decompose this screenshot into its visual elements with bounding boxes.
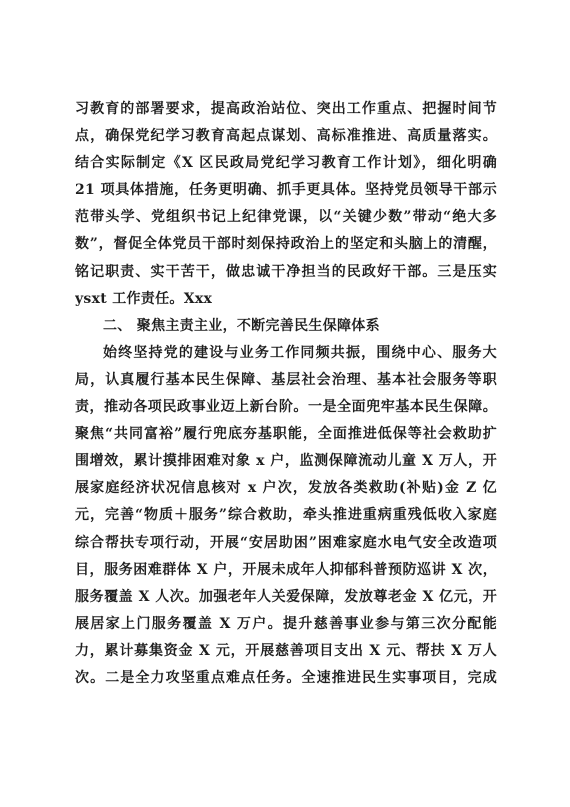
text-line: 责，推动各项民政事业迈上新台阶。一是全面兜牢基本民生保障。 bbox=[75, 394, 497, 421]
text-line: 点，确保党纪学习教育高起点谋划、高标准推进、高质量落实。 bbox=[75, 123, 497, 150]
text-line: 围增效，累计摸排困难对象 x 户，监测保障流动儿童 X 万人，开 bbox=[75, 448, 497, 475]
text-line: 展居家上门服务覆盖 X 万户。提升慈善事业参与第三次分配能 bbox=[75, 611, 497, 638]
text-line: ysxt 工作责任。Xxx bbox=[75, 286, 497, 313]
document-page: 习教育的部署要求，提高政治站位、突出工作重点、把握时间节 点，确保党纪学习教育高… bbox=[0, 0, 570, 807]
text-line: 综合帮扶专项行动，开展“安居助困”困难家庭水电气安全改造项 bbox=[75, 530, 497, 557]
text-line: 21 项具体措施，任务更明确、抓手更具体。坚持党员领导干部示 bbox=[75, 177, 497, 204]
text-line: 始终坚持党的建设与业务工作同频共振，围绕中心、服务大 bbox=[75, 340, 497, 367]
text-line: 结合实际制定《X 区民政局党纪学习教育工作计划》，细化明确 bbox=[75, 150, 497, 177]
text-line: 聚焦“共同富裕”履行兜底夯基职能，全面推进低保等社会救助扩 bbox=[75, 421, 497, 448]
text-line: 次。二是全力攻坚重点难点任务。全速推进民生实事项目，完成 bbox=[75, 665, 497, 692]
text-line: 铭记职责、实干苦干，做忠诚干净担当的民政好干部。三是压实 bbox=[75, 259, 497, 286]
text-line: 展家庭经济状况信息核对 x 户次，发放各类救助(补贴)金 Z 亿 bbox=[75, 475, 497, 502]
text-line: 元，完善“物质＋服务”综合救助，牵头推进重病重残低收入家庭 bbox=[75, 502, 497, 529]
section-heading: 二、 聚焦主责主业，不断完善民生保障体系 bbox=[75, 313, 497, 340]
text-line: 目，服务困难群体 X 户，开展未成年人抑郁科普预防巡讲 X 次， bbox=[75, 557, 497, 584]
text-line: 力，累计募集资金 X 元，开展慈善项目支出 X 元、帮扶 X 万人 bbox=[75, 638, 497, 665]
text-line: 局，认真履行基本民生保障、基层社会治理、基本社会服务等职 bbox=[75, 367, 497, 394]
text-line: 范带头学、党组织书记上纪律党课，以“关键少数”带动“绝大多 bbox=[75, 204, 497, 231]
text-line: 服务覆盖 X 人次。加强老年人关爱保障，发放尊老金 X 亿元，开 bbox=[75, 584, 497, 611]
document-text-block: 习教育的部署要求，提高政治站位、突出工作重点、把握时间节 点，确保党纪学习教育高… bbox=[75, 96, 497, 692]
text-line: 习教育的部署要求，提高政治站位、突出工作重点、把握时间节 bbox=[75, 96, 497, 123]
text-line: 数”，督促全体党员干部时刻保持政治上的坚定和头脑上的清醒， bbox=[75, 231, 497, 258]
